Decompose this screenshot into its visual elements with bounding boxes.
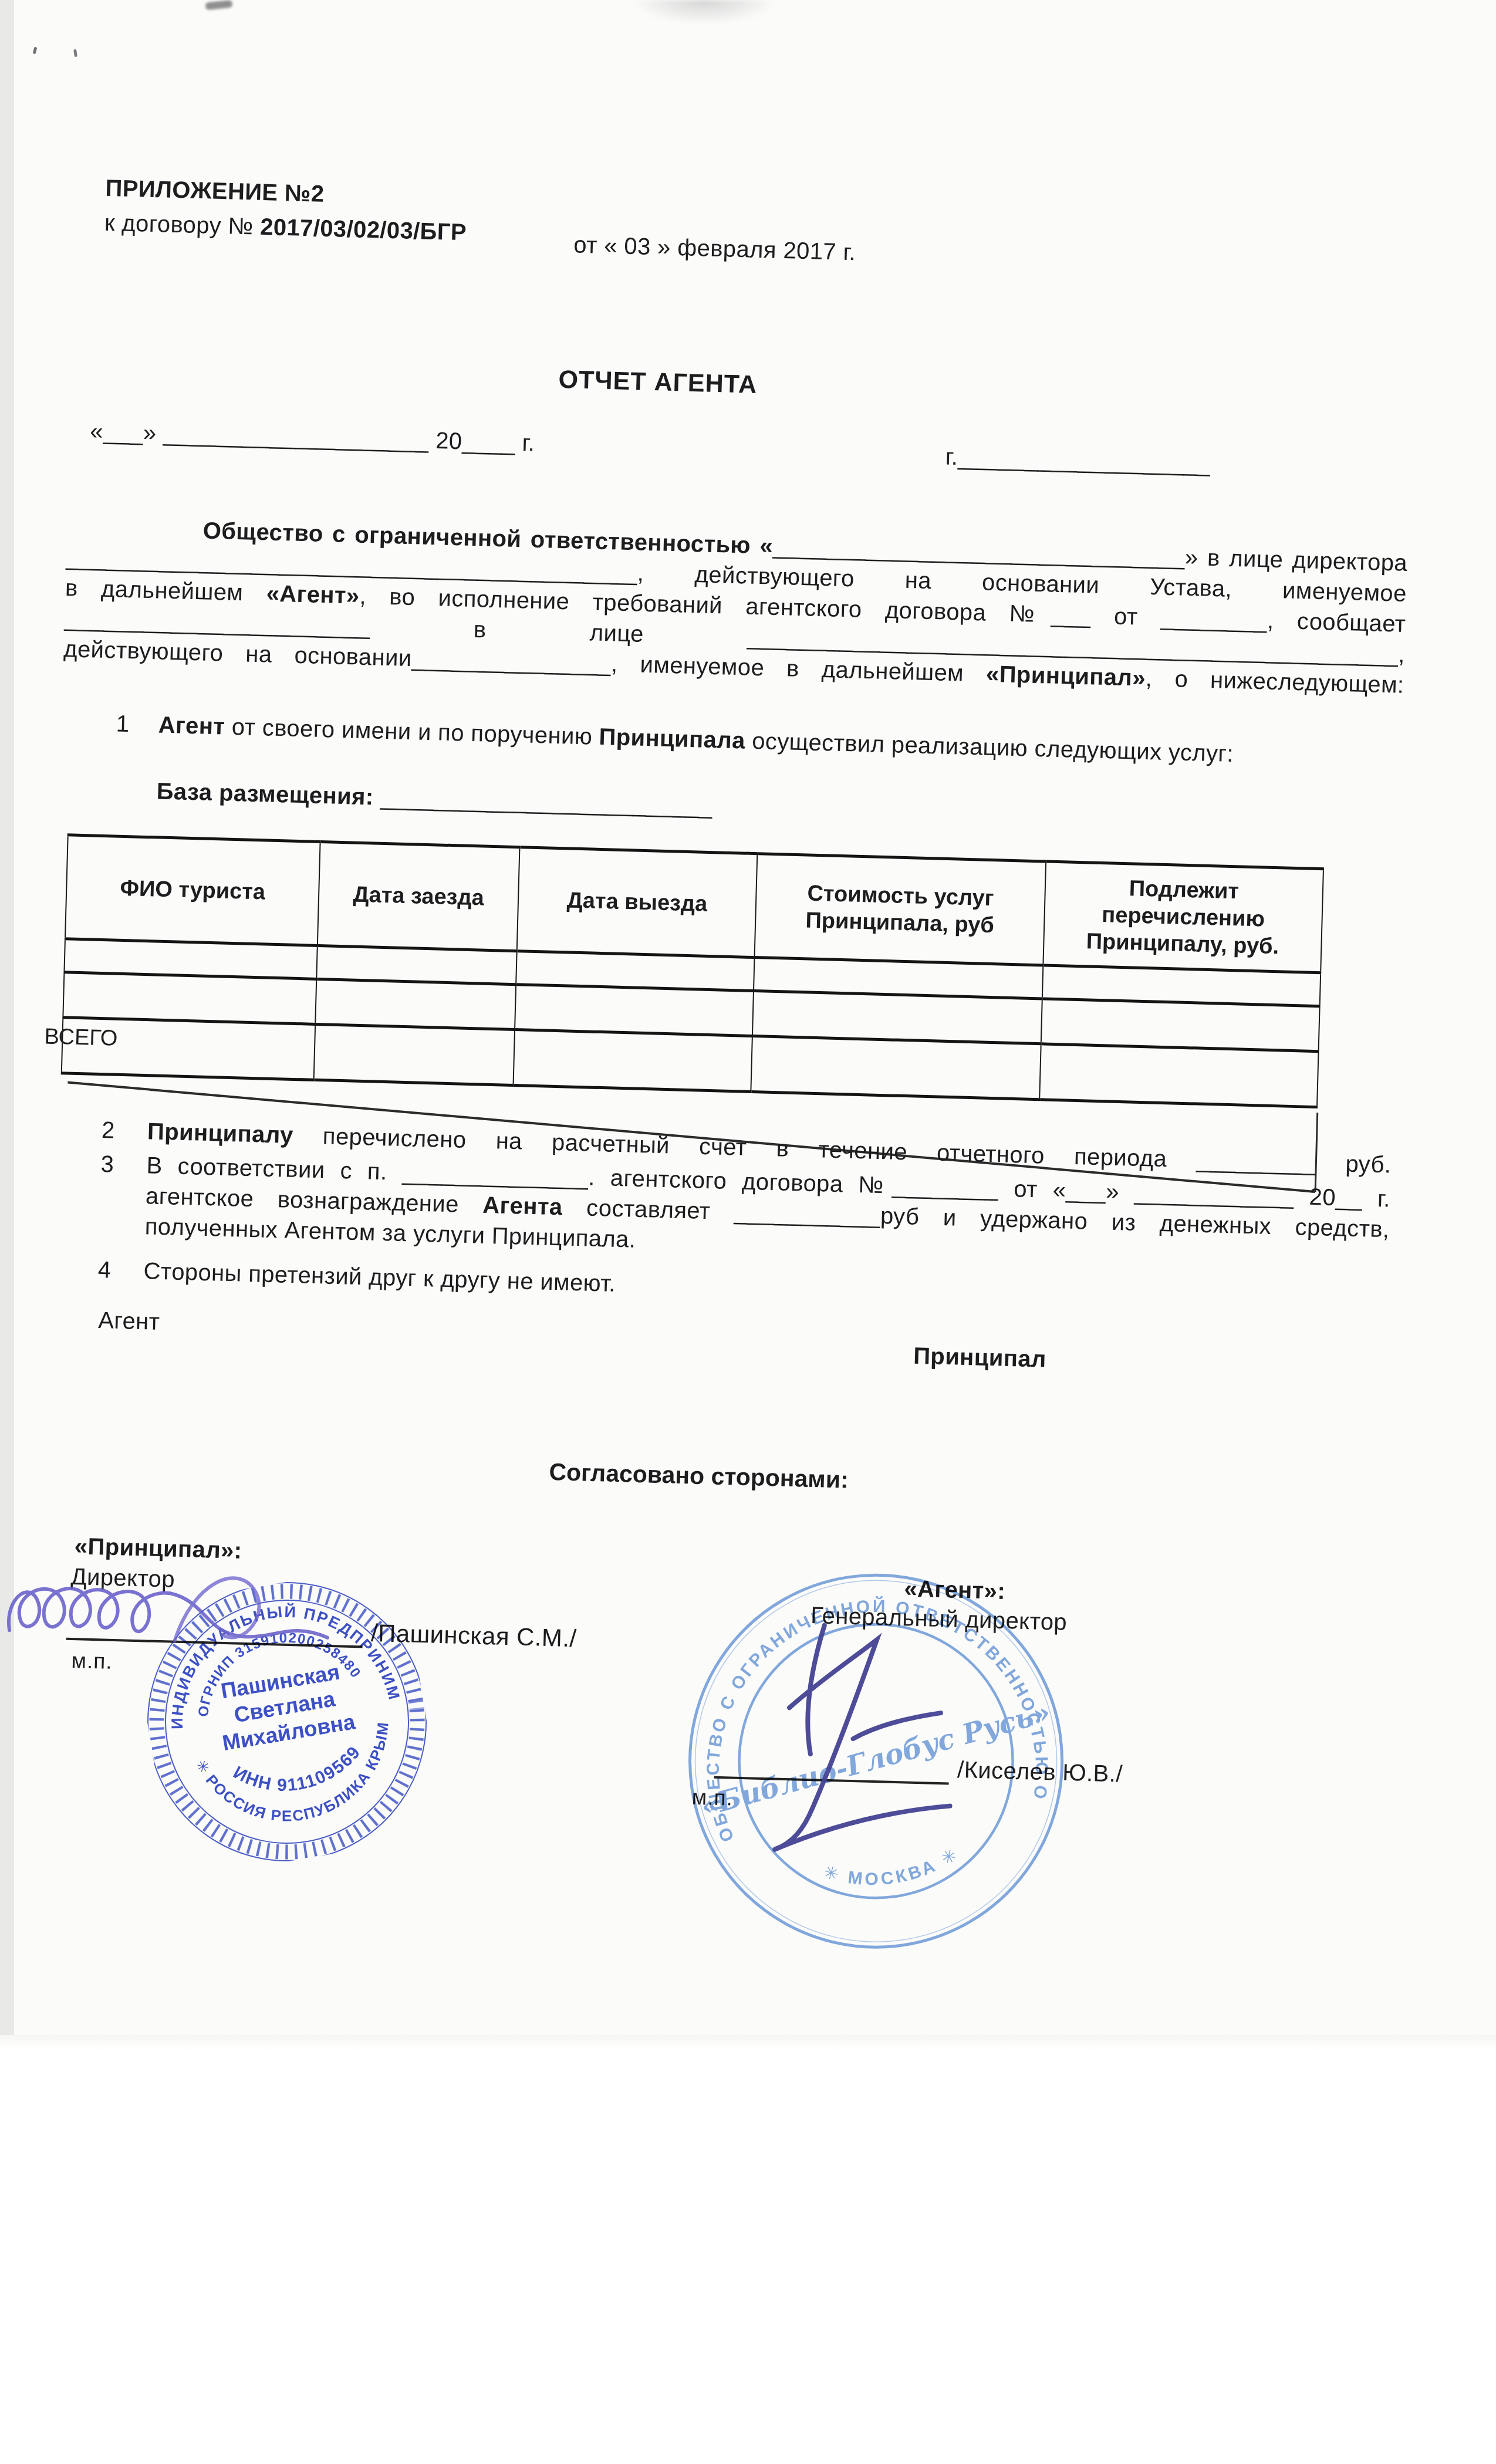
contract-reference: к договору № 2017/03/02/03/БГР <box>104 208 467 248</box>
report-city-blank: г.___________________ <box>945 442 1211 479</box>
col-departure-date: Дата выезда <box>517 847 758 958</box>
document-content: ПРИЛОЖЕНИЕ №2 к договору № 2017/03/02/03… <box>0 0 1496 2087</box>
sheet-bottom-edge <box>0 2035 1496 2050</box>
intro-paragraph: Общество с ограниченной ответственностью… <box>63 512 1408 701</box>
placement-base-label: База размещения: <box>156 778 380 810</box>
principal-label: Принципал <box>913 1341 1047 1375</box>
agent-signature-scribble <box>762 1613 980 1871</box>
scanned-document: { "page": { "header": { "appendix": "ПРИ… <box>0 0 1496 2464</box>
item1-text: Агент от своего имени и по поручению При… <box>158 709 1403 773</box>
col-arrival-date: Дата заезда <box>318 841 520 951</box>
contract-date: от « 03 » февраля 2017 г. <box>573 229 856 268</box>
appendix-title: ПРИЛОЖЕНИЕ №2 <box>105 173 325 209</box>
principal-term-bold: «Принципал» <box>986 661 1146 691</box>
item2-number: 2 <box>101 1115 115 1146</box>
item1-number: 1 <box>116 709 130 740</box>
agent-term-bold: «Агент» <box>266 580 360 609</box>
report-date-blank: «___» ____________________ 20____ г. <box>90 416 535 458</box>
placement-base-blank: _________________________ <box>380 785 713 819</box>
principal-signature-scribble <box>0 1542 377 1681</box>
item4-number: 4 <box>97 1255 112 1286</box>
services-table: ФИО туриста Дата заезда Дата выезда Стои… <box>61 833 1324 1108</box>
col-transfer-due: Подлежит перечислению Принципалу, руб. <box>1043 861 1323 973</box>
agreed-title: Согласовано сторонами: <box>0 1442 1436 1510</box>
item3-number: 3 <box>100 1149 114 1180</box>
scanned-sheet: ПРИЛОЖЕНИЕ №2 к договору № 2017/03/02/03… <box>0 0 1496 2049</box>
col-service-cost: Стоимость услуг Принципала, руб <box>755 854 1046 965</box>
placement-base-line: База размещения: _______________________… <box>156 776 713 822</box>
contract-prefix: к договору № <box>104 210 260 240</box>
document-title: ОТЧЕТ АГЕНТА <box>0 350 1324 415</box>
col-tourist-name: ФИО туриста <box>65 835 320 946</box>
contract-number: 2017/03/02/03/БГР <box>260 214 467 246</box>
total-label: ВСЕГО <box>44 1024 118 1050</box>
agent-label: Агент <box>98 1305 160 1337</box>
